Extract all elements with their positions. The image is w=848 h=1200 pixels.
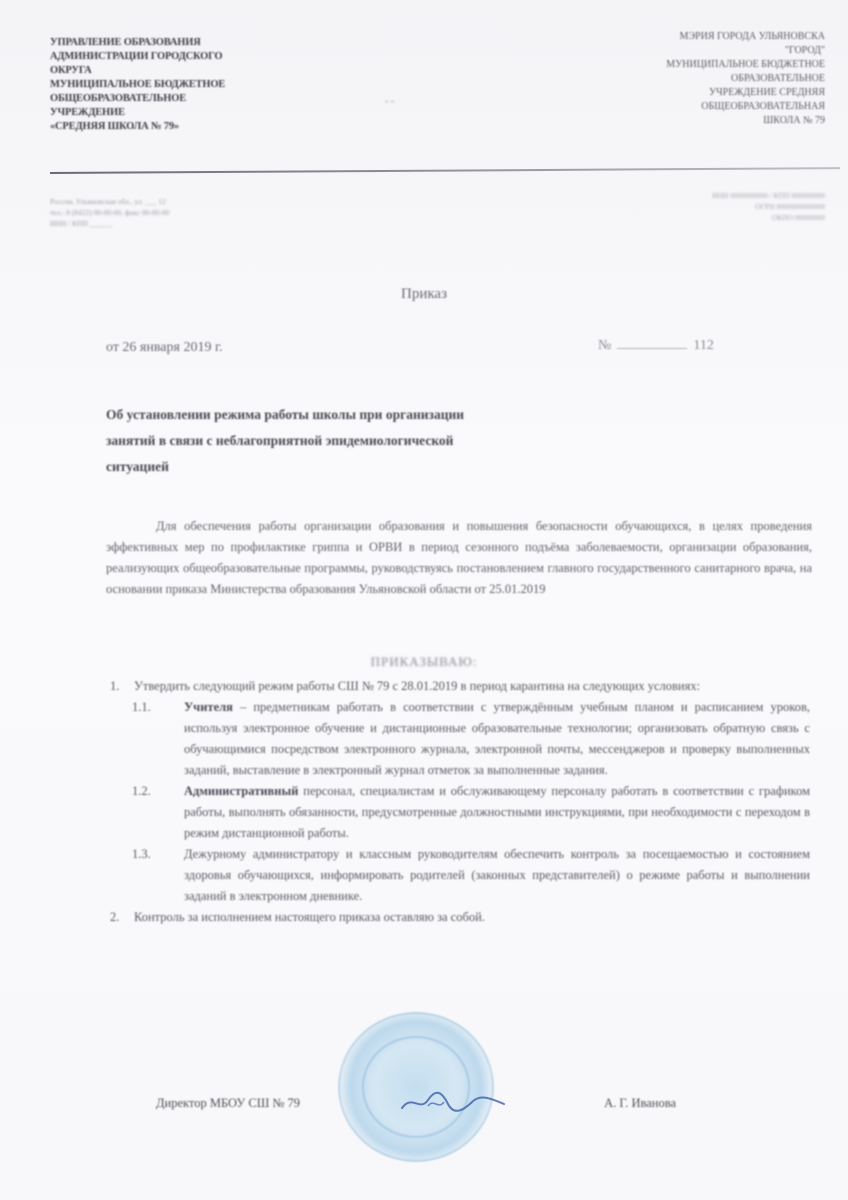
header-right-line: учреждение средняя общеобразовательная [600, 86, 825, 114]
header-left-line: «Средняя школа № 79» [50, 120, 240, 134]
header-right-line: Мэрия города Ульяновска [600, 30, 825, 44]
header-right-line: муниципальное бюджетное [600, 58, 825, 72]
header-right-organization: Мэрия города Ульяновска "ГОРОД" муниципа… [600, 30, 825, 128]
subitem-number: 1.3. [132, 844, 184, 907]
subitem-number: 1.2. [132, 781, 184, 844]
header-left-line: муниципальное бюджетное [50, 78, 240, 92]
header-right-line: образовательное [600, 72, 825, 86]
document-subject: Об установлении режима работы школы при … [106, 402, 516, 480]
header-right-line: школа № 79 [600, 114, 825, 128]
address-line: Россия, Ульяновская обл., ул. ___ 12 [50, 196, 290, 207]
subitem-text: Административный персонал, специалистам … [184, 781, 810, 844]
number-prefix: № [598, 338, 611, 353]
signer-name: А. Г. Иванова [604, 1096, 676, 1111]
subitem-text: Учителя – предметникам работать в соотве… [184, 697, 810, 781]
document-preamble: Для обеспечения работы организации образ… [106, 516, 812, 600]
signer-position: Директор МБОУ СШ № 79 [156, 1096, 300, 1111]
address-line: ИНН 0000000000 / КПП 000000000 [600, 190, 825, 201]
header-left-line: Управление образования [50, 36, 240, 50]
subitem-body: Дежурному администратору и классным руко… [184, 847, 810, 903]
header-center-mark: - - [385, 96, 394, 107]
header-divider [50, 167, 840, 174]
header-left-organization: Управление образования администрации гор… [50, 36, 240, 134]
header-left-line: общеобразовательное учреждение [50, 92, 240, 120]
document-date: от 26 января 2019 г. [106, 340, 223, 356]
subitem-lead: Административный [184, 784, 298, 798]
address-line: ОГРН 0000000000000 [600, 201, 825, 212]
header-left-line: администрации городского округа [50, 50, 240, 78]
header-right-line: "ГОРОД" [600, 44, 825, 58]
address-line: ИНН / КПП ______ [50, 218, 290, 229]
subitem-text: Дежурному администратору и классным руко… [184, 844, 810, 907]
address-line: тел.: 8 (8422) 00-00-00, факс 00-00-00 [50, 207, 290, 218]
subitem-body: – предметникам работать в соответствии с… [184, 700, 810, 777]
order-items: 1. Утвердить следующий режим работы СШ №… [110, 676, 810, 928]
scanned-document-page: Управление образования администрации гор… [0, 0, 848, 1200]
signature-block: Директор МБОУ СШ № 79 А. Г. Иванова [156, 1096, 676, 1111]
subitem-number: 1.1. [132, 697, 184, 781]
document-title: Приказ [0, 286, 848, 303]
item-number: 1. [110, 676, 134, 697]
order-heading: ПРИКАЗЫВАЮ: [0, 654, 848, 670]
item-text: Утвердить следующий режим работы СШ № 79… [134, 676, 810, 697]
order-subitem: 1.2. Административный персонал, специали… [132, 781, 810, 844]
header-left-address: Россия, Ульяновская обл., ул. ___ 12 тел… [50, 196, 290, 229]
number-value: 112 [693, 338, 713, 353]
order-subitem: 1.3. Дежурному администратору и классным… [132, 844, 810, 907]
item-text: Контроль за исполнением настоящего прика… [134, 907, 810, 928]
item-number: 2. [110, 907, 134, 928]
order-item: 2. Контроль за исполнением настоящего пр… [110, 907, 810, 928]
document-number: №112 [598, 338, 714, 354]
address-line: ОКПО 00000000 [600, 212, 825, 223]
order-item: 1. Утвердить следующий режим работы СШ №… [110, 676, 810, 697]
header-right-address: ИНН 0000000000 / КПП 000000000 ОГРН 0000… [600, 190, 825, 223]
number-underline [617, 348, 687, 349]
subitem-lead: Учителя [184, 700, 233, 714]
order-subitem: 1.1. Учителя – предметникам работать в с… [132, 697, 810, 781]
